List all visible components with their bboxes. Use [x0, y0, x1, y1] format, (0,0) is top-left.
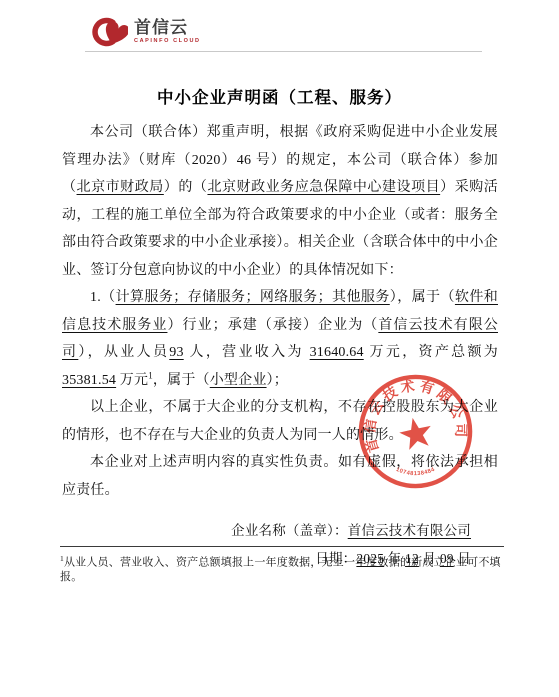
- signature-company-name: 首信云技术有限公司: [348, 523, 471, 538]
- document-title: 中小企业声明函（工程、服务）: [0, 84, 559, 108]
- document-body: 本公司（联合体）郑重声明，根据《政府采购促进中小企业发展管理办法》（财库（202…: [62, 119, 498, 572]
- logo: 首信云 CAPINFO CLOUD: [86, 16, 201, 48]
- declaration-paragraph-3: 以上企业，不属于大企业的分支机构，不存在控股股东为大企业的情形，也不存在与大企业…: [62, 394, 498, 449]
- brand-name: 首信云: [134, 19, 201, 36]
- brand-subtitle: CAPINFO CLOUD: [134, 39, 201, 45]
- header-divider: [85, 51, 482, 52]
- declaration-paragraph-1: 本公司（联合体）郑重声明，根据《政府采购促进中小企业发展管理办法》（财库（202…: [62, 119, 498, 284]
- footnote: 1从业人员、营业收入、资产总额填报上一年度数据，无上一年度数据的新成立企业可不填…: [60, 546, 504, 584]
- footnote-text: 从业人员、营业收入、资产总额填报上一年度数据，无上一年度数据的新成立企业可不填报…: [60, 557, 501, 583]
- company-seal-label: 企业名称（盖章）：: [231, 523, 348, 538]
- signature-company-line: 企业名称（盖章）：首信云技术有限公司: [62, 517, 471, 545]
- declaration-paragraph-2: 1.（计算服务；存储服务；网络服务；其他服务），属于（软件和信息技术服务业）行业…: [62, 284, 498, 394]
- declaration-document-page: 首信云 CAPINFO CLOUD 中小企业声明函（工程、服务） 本公司（联合体…: [0, 0, 559, 697]
- capinfo-cloud-logo-icon: [86, 16, 128, 48]
- declaration-paragraph-4: 本企业对上述声明内容的真实性负责。如有虚假，将依法承担相应责任。: [62, 449, 498, 504]
- logo-text: 首信云 CAPINFO CLOUD: [134, 19, 201, 45]
